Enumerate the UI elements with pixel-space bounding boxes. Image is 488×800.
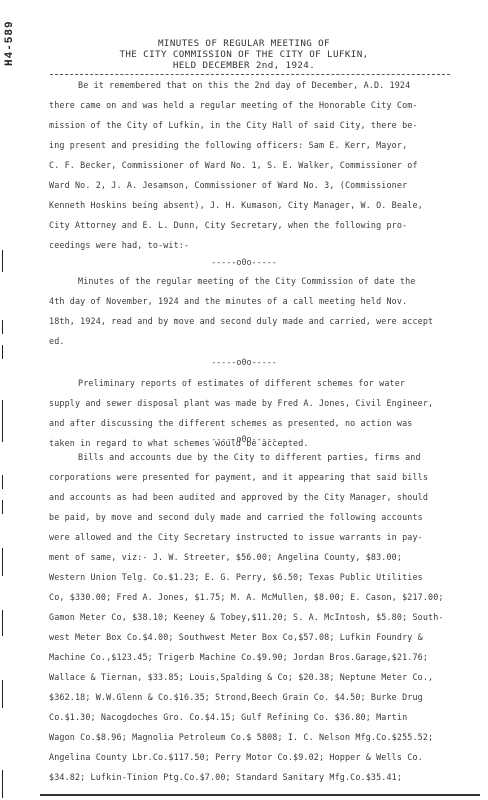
page-bottom-edge <box>40 794 480 796</box>
title-line-3: HELD DECEMBER 2nd, 1924. <box>0 60 488 71</box>
margin-mark <box>2 345 3 359</box>
margin-mark <box>2 680 3 708</box>
margin-mark <box>2 400 3 442</box>
paragraph-line: Preliminary reports of estimates of diff… <box>78 378 405 388</box>
paragraph-line: mission of the City of Lufkin, in the Ci… <box>49 120 418 130</box>
paragraph-line: were allowed and the City Secretary inst… <box>49 532 423 542</box>
paragraph-line: there came on and was held a regular mee… <box>49 100 418 110</box>
margin-mark <box>2 250 3 272</box>
paragraph-line: Gamon Meter Co, $38.10; Keeney & Tobey,$… <box>49 612 444 622</box>
paragraph-line: Co.$1.30; Nacogdoches Gro. Co.$4.15; Gul… <box>49 712 407 722</box>
margin-mark <box>2 770 3 798</box>
margin-mark <box>2 500 3 514</box>
paragraph-line: Be it remembered that on this the 2nd da… <box>78 80 410 90</box>
paragraph-line: Kenneth Hoskins being absent), J. H. Kum… <box>49 200 423 210</box>
margin-mark <box>2 475 3 489</box>
section-separator: -----o0o----- <box>0 257 488 267</box>
paragraph-line: Wagon Co.$8.96; Magnolia Petroleum Co.$ … <box>49 732 433 742</box>
paragraph-line: 18th, 1924, read and by move and second … <box>49 316 433 326</box>
paragraph-line: corporations were presented for payment,… <box>49 472 428 482</box>
paragraph-line: Western Union Telg. Co.$1.23; E. G. Perr… <box>49 572 423 582</box>
paragraph-line: be paid, by move and second duly made an… <box>49 512 423 522</box>
paragraph-line: Co, $330.00; Fred A. Jones, $1.75; M. A.… <box>49 592 444 602</box>
paragraph-line: Wallace & Tiernan, $33.85; Louis,Spaldin… <box>49 672 433 682</box>
paragraph-line: ceedings were had, to-wit:- <box>49 240 189 250</box>
paragraph-line: 4th day of November, 1924 and the minute… <box>49 296 407 306</box>
paragraph-line: Minutes of the regular meeting of the Ci… <box>78 276 416 286</box>
paragraph-line: Angelina County Lbr.Co.$117.50; Perry Mo… <box>49 752 423 762</box>
paragraph-line: and after discussing the different schem… <box>49 418 412 428</box>
paragraph-line: supply and sewer disposal plant was made… <box>49 398 433 408</box>
paragraph-line: City Attorney and E. L. Dunn, City Secre… <box>49 220 407 230</box>
title-line-2: THE CITY COMMISSION OF THE CITY OF LUFKI… <box>0 49 488 60</box>
paragraph-line: Ward No. 2, J. A. Jesamson, Commissioner… <box>49 180 407 190</box>
paragraph-line: Machine Co.,$123.45; Trigerb Machine Co.… <box>49 652 428 662</box>
document-title: MINUTES OF REGULAR MEETING OF THE CITY C… <box>0 38 488 71</box>
paragraph-line: west Meter Box Co.$4.00; Southwest Meter… <box>49 632 423 642</box>
paragraph-line: ing present and presiding the following … <box>49 140 407 150</box>
paragraph-line: $362.18; W.W.Glenn & Co.$16.35; Strond,B… <box>49 692 423 702</box>
title-line-1: MINUTES OF REGULAR MEETING OF <box>0 38 488 49</box>
margin-mark <box>2 548 3 576</box>
margin-mark <box>2 320 3 334</box>
paragraph-line: ed. <box>49 336 65 346</box>
paragraph-line: ment of same, viz:- J. W. Streeter, $56.… <box>49 552 402 562</box>
section-separator: -----o0o----- <box>0 434 488 444</box>
margin-mark <box>2 610 3 636</box>
section-separator: -----o0o----- <box>0 357 488 367</box>
paragraph-line: $34.82; Lufkin-Tinion Ptg.Co.$7.00; Stan… <box>49 772 402 782</box>
paragraph-line: C. F. Becker, Commissioner of Ward No. 1… <box>49 160 418 170</box>
paragraph-line: and accounts as had been audited and app… <box>49 492 428 502</box>
paragraph-line: Bills and accounts due by the City to di… <box>78 452 421 462</box>
title-divider <box>50 74 450 75</box>
